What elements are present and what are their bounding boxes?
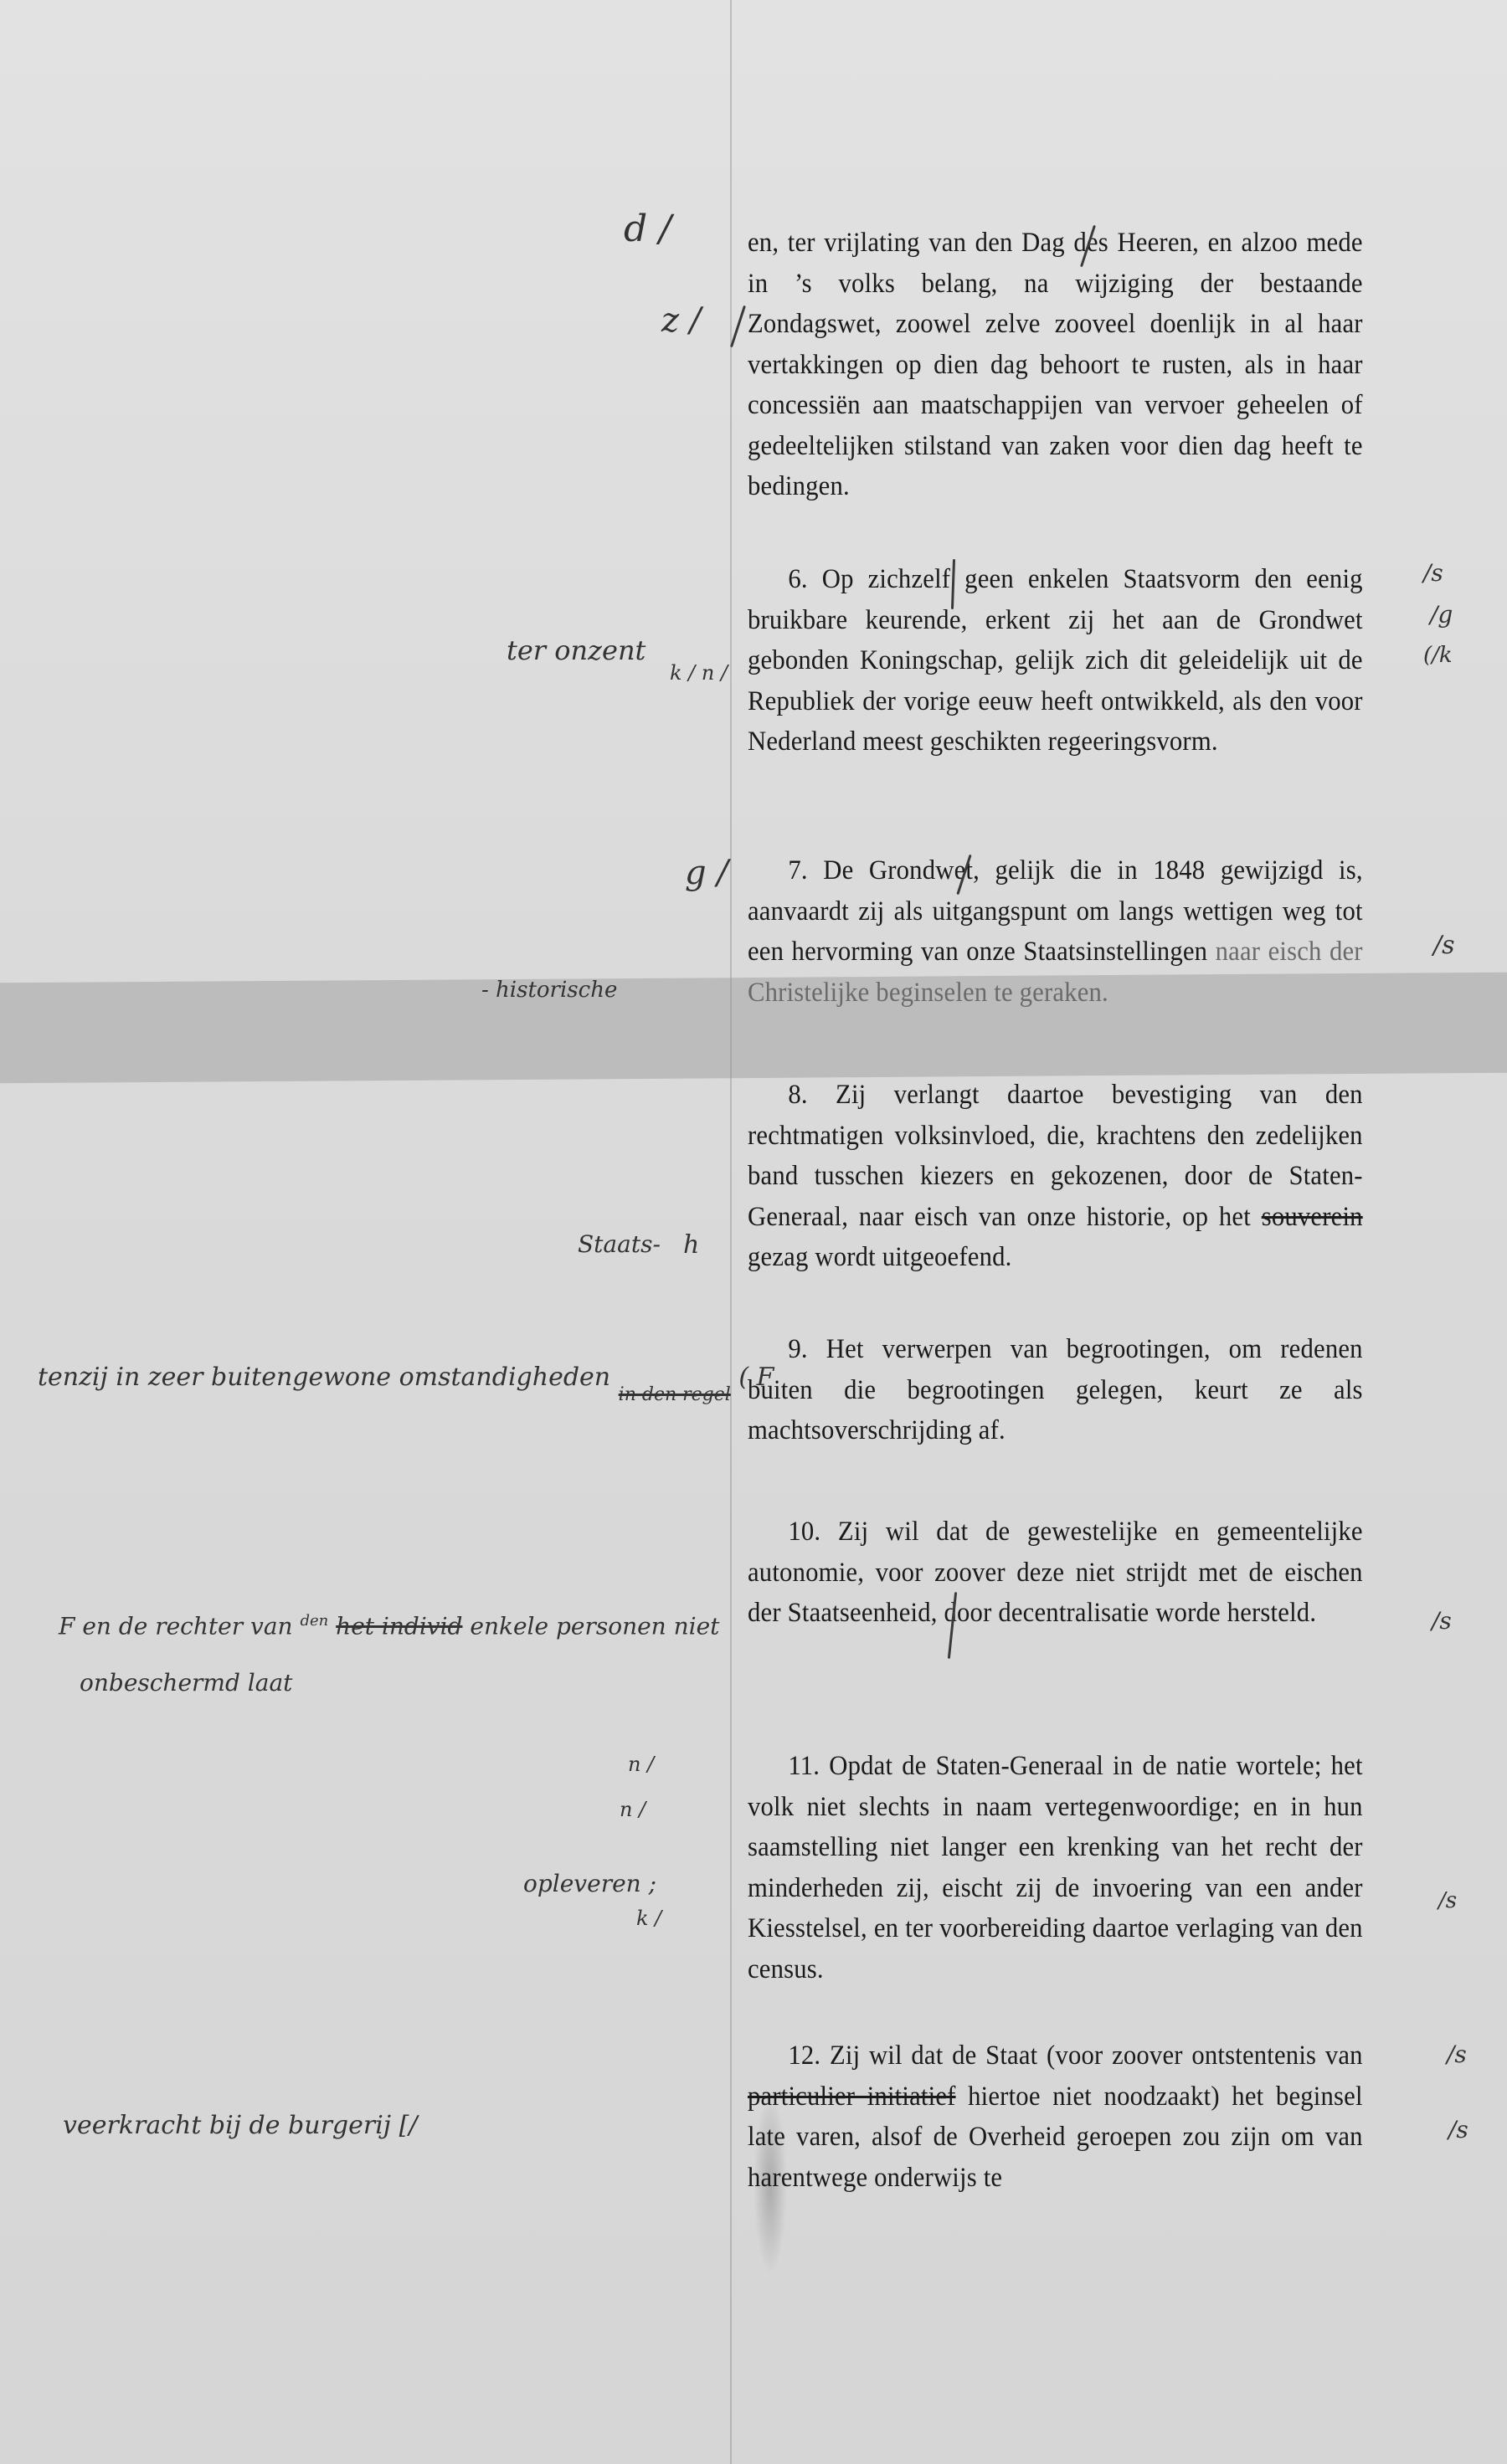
margin-note-right-6a: /s [1423, 559, 1443, 587]
paragraph-number: 10. [788, 1517, 820, 1547]
paragraph-6: 6. Op zichzelf geen enkelen Staatsvorm d… [748, 559, 1363, 762]
margin-note-n2: n / [620, 1798, 645, 1821]
paragraph-8: 8. Zij verlangt daartoe bevestiging van … [748, 1075, 1363, 1278]
paragraph-text: Opdat de Staten-Generaal in de natie wor… [748, 1751, 1363, 1984]
margin-note-right-12a: /s [1447, 2041, 1467, 2068]
margin-note-h: h [683, 1230, 699, 1260]
paragraph-12: 12. Zij wil dat de Staat (voor zoover on… [748, 2035, 1363, 2198]
paragraph-text-after: gezag wordt uitgeoefend. [748, 1242, 1012, 1272]
note-text: F en de rechter van [59, 1612, 293, 1640]
paragraph-number: 7. [788, 855, 807, 885]
margin-note-right-7: /s [1433, 931, 1455, 960]
margin-note-z: z / [661, 301, 701, 340]
paragraph-text: Het verwerpen van begrootingen, om reden… [748, 1334, 1363, 1445]
page-fold-line [730, 0, 732, 2464]
margin-note-right-12b: /s [1448, 2116, 1468, 2143]
paragraph-text: Op zichzelf geen enkelen Staatsvorm den … [748, 564, 1363, 757]
margin-note-right-11: /s [1438, 1888, 1457, 1913]
paragraph-11: 11. Opdat de Staten-Generaal in de natie… [748, 1746, 1363, 1989]
note-struck-text: in den regel [619, 1384, 731, 1405]
editorial-slash-mark [730, 305, 746, 347]
margin-note-n1: n / [628, 1753, 654, 1776]
margin-note-staats: Staats- [578, 1230, 661, 1258]
paragraph-number: 8. [788, 1080, 807, 1110]
paragraph-number: 11. [788, 1751, 820, 1781]
note-struck-text: het individ [336, 1612, 462, 1640]
paragraph-number: 12. [788, 2041, 820, 2071]
paragraph-9: 9. Het verwerpen van begrootingen, om re… [748, 1329, 1363, 1451]
struck-word: souverein [1262, 1202, 1363, 1232]
margin-note-historische: - historische [481, 978, 617, 1003]
note-suffix: ( F [738, 1363, 774, 1392]
paragraph-5-continuation: en, ter vrijlating van den Dag des Heere… [748, 223, 1363, 507]
margin-note-ter-onzent: ter onzent [507, 634, 645, 666]
margin-note-paragraph-9: tenzij in zeer buitengewone omstandighed… [38, 1363, 774, 1392]
margin-note-opleveren: opleveren ; [523, 1870, 656, 1897]
paragraph-text: Zij wil dat de gewestelijke en gemeentel… [748, 1517, 1363, 1628]
margin-note-right-10: /s [1432, 1607, 1452, 1635]
margin-note-d: d / [624, 208, 671, 250]
paragraph-text: en, ter vrijlating van den Dag des Heere… [748, 228, 1363, 501]
margin-note-paragraph-10-line2: onbeschermd laat [80, 1669, 292, 1697]
struck-phrase: particulier initiatief [748, 2082, 956, 2112]
note-text-after: enkele personen niet [470, 1612, 719, 1640]
paragraph-text: Zij wil dat de Staat (voor zoover ontste… [830, 2041, 1363, 2071]
note-insertion: den [300, 1612, 328, 1630]
margin-note-g: g / [685, 854, 728, 892]
margin-note-right-6b: /g [1430, 601, 1453, 629]
paragraph-number: 6. [788, 564, 807, 594]
margin-note-right-6c: (/k [1423, 643, 1453, 668]
margin-note-paragraph-12: veerkracht bij de burgerij [/ [63, 2111, 417, 2140]
paragraph-number: 9. [788, 1334, 807, 1364]
scanned-document-page: en, ter vrijlating van den Dag des Heere… [0, 0, 1507, 2464]
margin-note-k-n: k / n / [670, 661, 728, 685]
paragraph-7: 7. De Grondwet, gelijk die in 1848 gewij… [748, 850, 1363, 1013]
note-text: tenzij in zeer buitengewone omstandighed… [38, 1363, 610, 1392]
margin-note-k: k / [636, 1907, 661, 1930]
margin-note-paragraph-10-line1: F en de rechter van den het individ enke… [59, 1612, 719, 1640]
paragraph-10: 10. Zij wil dat de gewestelijke en gemee… [748, 1512, 1363, 1634]
